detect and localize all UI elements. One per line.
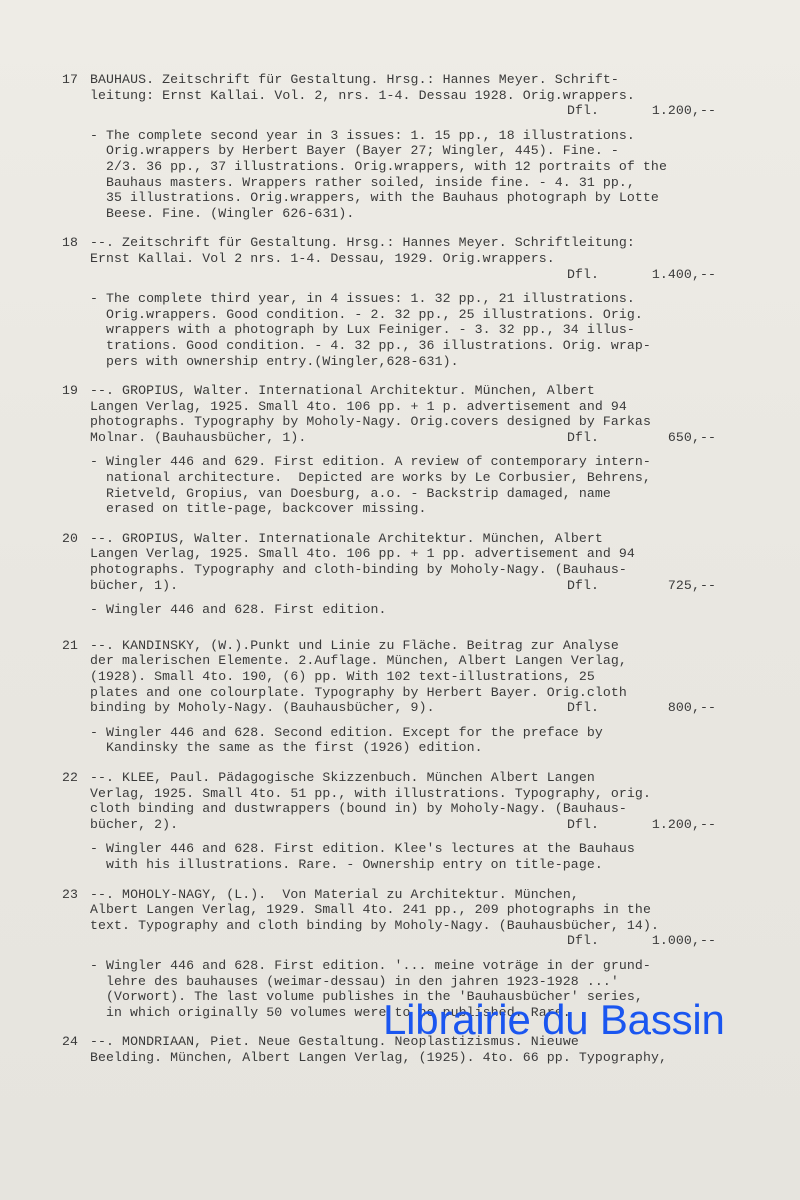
entry-number: 19	[62, 383, 78, 399]
price: Dfl.1.000,--	[567, 933, 716, 949]
entry-number: 18	[62, 235, 78, 251]
price-amount: 1.200,--	[631, 103, 716, 119]
entry-note: -Wingler 446 and 628. First edition. Kle…	[62, 841, 762, 872]
price-currency: Dfl.	[567, 430, 631, 446]
catalog-entry: 20--. GROPIUS, Walter. Internationale Ar…	[62, 531, 762, 618]
entry-line: --. GROPIUS, Walter. International Archi…	[90, 383, 762, 399]
price-currency: Dfl.	[567, 578, 631, 594]
entry-line: --. KANDINSKY, (W.).Punkt und Linie zu F…	[90, 638, 762, 654]
entry-line: Ernst Kallai. Vol 2 nrs. 1-4. Dessau, 19…	[90, 251, 762, 267]
entry-line-with-price: Molnar. (Bauhausbücher, 1).Dfl.650,--	[90, 430, 762, 446]
price-line: Dfl.1.000,--	[90, 933, 762, 949]
price-currency: Dfl.	[567, 267, 631, 283]
price-currency: Dfl.	[567, 700, 631, 716]
entry-number: 20	[62, 531, 78, 547]
price-amount: 1.200,--	[631, 817, 716, 833]
note-bullet: -	[90, 958, 98, 974]
price-amount: 725,--	[631, 578, 716, 594]
note-line: Rietveld, Gropius, van Doesburg, a.o. - …	[106, 486, 762, 502]
catalog-entry: 21--. KANDINSKY, (W.).Punkt und Linie zu…	[62, 638, 762, 756]
note-line: erased on title-page, backcover missing.	[106, 501, 762, 517]
entry-line: Beelding. München, Albert Langen Verlag,…	[90, 1050, 762, 1066]
entry-description: 22--. KLEE, Paul. Pädagogische Skizzenbu…	[62, 770, 762, 832]
note-line: The complete second year in 3 issues: 1.…	[106, 128, 762, 144]
price-currency: Dfl.	[567, 103, 631, 119]
price: Dfl.1.200,--	[567, 817, 716, 833]
catalog-entry: 18--. Zeitschrift für Gestaltung. Hrsg.:…	[62, 235, 762, 369]
entry-line-with-price: bücher, 1).Dfl.725,--	[90, 578, 762, 594]
entry-line-with-price: bücher, 2).Dfl.1.200,--	[90, 817, 762, 833]
price-amount: 650,--	[631, 430, 716, 446]
note-line: Wingler 446 and 629. First edition. A re…	[106, 454, 762, 470]
price-line: Dfl.1.200,--	[90, 103, 762, 119]
note-line: The complete third year, in 4 issues: 1.…	[106, 291, 762, 307]
entry-note: -Wingler 446 and 628. Second edition. Ex…	[62, 725, 762, 756]
note-line: with his illustrations. Rare. - Ownershi…	[106, 857, 762, 873]
note-line: Wingler 446 and 628. First edition.	[106, 602, 762, 618]
note-line: wrappers with a photograph by Lux Feinig…	[106, 322, 762, 338]
price: Dfl.800,--	[567, 700, 716, 716]
entry-number: 24	[62, 1034, 78, 1050]
note-line: 2/3. 36 pp., 37 illustrations. Orig.wrap…	[106, 159, 762, 175]
note-bullet: -	[90, 128, 98, 144]
entry-line: BAUHAUS. Zeitschrift für Gestaltung. Hrs…	[90, 72, 762, 88]
note-line: 35 illustrations. Orig.wrappers, with th…	[106, 190, 762, 206]
entry-number: 21	[62, 638, 78, 654]
price: Dfl.725,--	[567, 578, 716, 594]
entry-line: Verlag, 1925. Small 4to. 51 pp., with il…	[90, 786, 762, 802]
entry-number: 22	[62, 770, 78, 786]
note-bullet: -	[90, 291, 98, 307]
note-line: Wingler 446 and 628. First edition. '...…	[106, 958, 762, 974]
entry-line: binding by Moholy-Nagy. (Bauhausbücher, …	[90, 700, 435, 715]
note-line: national architecture. Depicted are work…	[106, 470, 762, 486]
entry-line: photographs. Typography and cloth-bindin…	[90, 562, 762, 578]
entry-description: 21--. KANDINSKY, (W.).Punkt und Linie zu…	[62, 638, 762, 716]
entry-line: Molnar. (Bauhausbücher, 1).	[90, 430, 306, 445]
entry-line: text. Typography and cloth binding by Mo…	[90, 918, 762, 934]
price-amount: 1.000,--	[631, 933, 716, 949]
entry-description: 17BAUHAUS. Zeitschrift für Gestaltung. H…	[62, 72, 762, 119]
entry-description: 18--. Zeitschrift für Gestaltung. Hrsg.:…	[62, 235, 762, 282]
entry-line: leitung: Ernst Kallai. Vol. 2, nrs. 1-4.…	[90, 88, 762, 104]
catalog-entry: 19--. GROPIUS, Walter. International Arc…	[62, 383, 762, 517]
entry-line: bücher, 2).	[90, 817, 178, 832]
entry-line: Langen Verlag, 1925. Small 4to. 106 pp. …	[90, 546, 762, 562]
entry-note: -Wingler 446 and 629. First edition. A r…	[62, 454, 762, 516]
price-amount: 800,--	[631, 700, 716, 716]
note-line: Orig.wrappers. Good condition. - 2. 32 p…	[106, 307, 762, 323]
entry-description: 19--. GROPIUS, Walter. International Arc…	[62, 383, 762, 445]
entry-line-with-price: binding by Moholy-Nagy. (Bauhausbücher, …	[90, 700, 762, 716]
entry-line: Langen Verlag, 1925. Small 4to. 106 pp. …	[90, 399, 762, 415]
note-bullet: -	[90, 602, 98, 618]
price-line: Dfl.1.400,--	[90, 267, 762, 283]
entry-number: 23	[62, 887, 78, 903]
note-line: Wingler 446 and 628. First edition. Klee…	[106, 841, 762, 857]
entry-note: -Wingler 446 and 628. First edition.	[62, 602, 762, 618]
entry-line: cloth binding and dustwrappers (bound in…	[90, 801, 762, 817]
note-line: lehre des bauhauses (weimar-dessau) in d…	[106, 974, 762, 990]
catalog-page: 17BAUHAUS. Zeitschrift für Gestaltung. H…	[62, 72, 762, 1079]
entry-line: --. GROPIUS, Walter. Internationale Arch…	[90, 531, 762, 547]
entry-line: --. Zeitschrift für Gestaltung. Hrsg.: H…	[90, 235, 762, 251]
entry-note: -The complete second year in 3 issues: 1…	[62, 128, 762, 222]
note-line: Kandinsky the same as the first (1926) e…	[106, 740, 762, 756]
entry-line: bücher, 1).	[90, 578, 178, 593]
note-line: Orig.wrappers by Herbert Bayer (Bayer 27…	[106, 143, 762, 159]
price-currency: Dfl.	[567, 817, 631, 833]
note-line: Beese. Fine. (Wingler 626-631).	[106, 206, 762, 222]
note-line: Wingler 446 and 628. Second edition. Exc…	[106, 725, 762, 741]
price: Dfl.650,--	[567, 430, 716, 446]
price: Dfl.1.400,--	[567, 267, 716, 283]
note-bullet: -	[90, 725, 98, 741]
entry-description: 20--. GROPIUS, Walter. Internationale Ar…	[62, 531, 762, 593]
note-bullet: -	[90, 454, 98, 470]
watermark: Librairie du Bassin	[383, 996, 725, 1044]
entry-line: Albert Langen Verlag, 1929. Small 4to. 2…	[90, 902, 762, 918]
catalog-entry: 22--. KLEE, Paul. Pädagogische Skizzenbu…	[62, 770, 762, 873]
entry-description: 23--. MOHOLY-NAGY, (L.). Von Material zu…	[62, 887, 762, 949]
entry-number: 17	[62, 72, 78, 88]
entry-line: photographs. Typography by Moholy-Nagy. …	[90, 414, 762, 430]
entry-line: plates and one colourplate. Typography b…	[90, 685, 762, 701]
price-currency: Dfl.	[567, 933, 631, 949]
note-line: trations. Good condition. - 4. 32 pp., 3…	[106, 338, 762, 354]
entry-line: --. MOHOLY-NAGY, (L.). Von Material zu A…	[90, 887, 762, 903]
note-bullet: -	[90, 841, 98, 857]
entry-line: --. KLEE, Paul. Pädagogische Skizzenbuch…	[90, 770, 762, 786]
note-line: pers with ownership entry.(Wingler,628-6…	[106, 354, 762, 370]
entry-line: (1928). Small 4to. 190, (6) pp. With 102…	[90, 669, 762, 685]
entry-line: der malerischen Elemente. 2.Auflage. Mün…	[90, 653, 762, 669]
note-line: Bauhaus masters. Wrappers rather soiled,…	[106, 175, 762, 191]
price-amount: 1.400,--	[631, 267, 716, 283]
catalog-entry: 17BAUHAUS. Zeitschrift für Gestaltung. H…	[62, 72, 762, 221]
price: Dfl.1.200,--	[567, 103, 716, 119]
entry-note: -The complete third year, in 4 issues: 1…	[62, 291, 762, 369]
